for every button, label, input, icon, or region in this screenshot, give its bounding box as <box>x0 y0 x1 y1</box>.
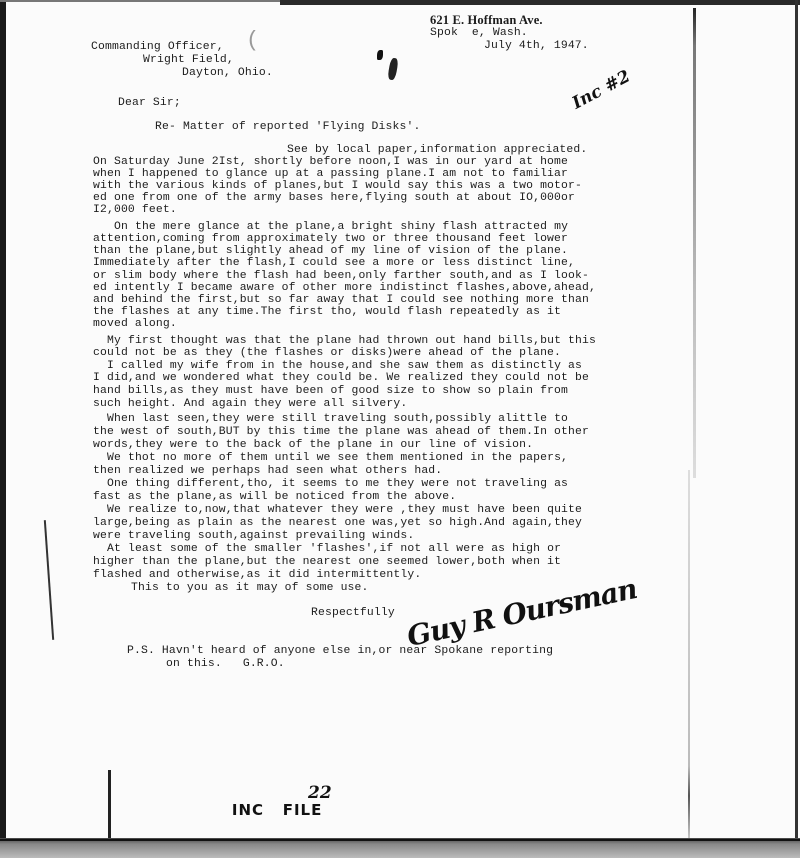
body-line: when I happened to glance up at a passin… <box>93 168 568 180</box>
body-line: such height. And again they were all sil… <box>93 398 407 410</box>
body-line: See by local paper,information appreciat… <box>287 144 587 156</box>
body-line: than the plane,but slightly ahead of my … <box>93 245 568 257</box>
body-line: My first thought was that the plane had … <box>107 335 596 347</box>
body-line: We thot no more of them until we see the… <box>107 452 568 464</box>
body-line: hand bills,as they must have been of goo… <box>93 385 568 397</box>
body-line: with the various kinds of planes,but I w… <box>93 180 582 192</box>
body-line: or slim body where the flash had been,on… <box>93 270 589 282</box>
scan-left-border <box>0 0 6 858</box>
body-line: I2,000 feet. <box>93 204 177 216</box>
body-line: and behind the first,but so far away tha… <box>93 294 589 306</box>
inc-file-stamp: INC FILE <box>207 783 322 837</box>
body-line: I called my wife from in the house,and s… <box>107 360 582 372</box>
body-line: large,being as plain as the nearest one … <box>93 517 582 529</box>
body-line: higher than the plane,but the nearest on… <box>93 556 561 568</box>
body-line: On Saturday June 2Ist, shortly before no… <box>93 156 568 168</box>
sender-city: Spok e, Wash. <box>430 27 528 39</box>
closing: Respectfully <box>311 607 395 619</box>
recipient-line-3: Dayton, Ohio. <box>182 67 273 79</box>
body-line: ed intently I became aware of other more… <box>93 282 596 294</box>
paper-fold-line-lower <box>688 470 690 840</box>
recipient-line-1: Commanding Officer, <box>91 41 224 53</box>
faint-paren-mark: ( <box>246 28 259 53</box>
body-line: At least some of the smaller 'flashes',i… <box>107 543 561 555</box>
body-line: This to you as it may of some use. <box>131 582 369 594</box>
stamp-label: INC FILE <box>232 801 322 819</box>
file-number-handwritten: 22 <box>308 783 332 803</box>
body-line: When last seen,they were still traveling… <box>107 413 568 425</box>
postscript-line-2: on this. G.R.O. <box>166 658 285 670</box>
recipient-line-2: Wright Field, <box>143 54 234 66</box>
sender-street: 621 E. Hoffman Ave. <box>430 14 543 26</box>
handwritten-signature: Guy R Oursman <box>404 572 639 653</box>
body-line: Immediately after the flash,I could see … <box>93 257 575 269</box>
paper-fold-line <box>693 8 696 478</box>
handwritten-inc-note: Inc #2 <box>569 66 634 113</box>
body-line: could not be as they (the flashes or dis… <box>93 347 561 359</box>
body-line: ed one from one of the army bases here,f… <box>93 192 575 204</box>
margin-curve-mark <box>44 520 54 640</box>
scan-right-border <box>795 0 798 858</box>
body-line: I did,and we wondered what they could be… <box>93 372 589 384</box>
postscript-line-1: P.S. Havn't heard of anyone else in,or n… <box>127 645 553 657</box>
subject-line: Re- Matter of reported 'Flying Disks'. <box>155 121 420 133</box>
salutation: Dear Sir; <box>118 97 181 109</box>
scan-bottom-rule <box>0 839 800 841</box>
scanned-letter-page: ( 621 E. Hoffman Ave. Spok e, Wash. July… <box>0 0 800 858</box>
body-line: were traveling south,against prevailing … <box>93 530 414 542</box>
body-line: We realize to,now,that whatever they wer… <box>107 504 582 516</box>
ink-blot-2 <box>387 57 399 80</box>
body-line: On the mere glance at the plane,a bright… <box>114 221 568 233</box>
body-line: moved along. <box>93 318 177 330</box>
body-line: fast as the plane,as will be noticed fro… <box>93 491 456 503</box>
body-line: flashed and otherwise,as it did intermit… <box>93 569 421 581</box>
body-line: attention,coming from approximately two … <box>93 233 568 245</box>
body-line: the west of south,BUT by this time the p… <box>93 426 589 438</box>
body-line: the flashes at any time.The first tho, w… <box>93 306 561 318</box>
letter-date: July 4th, 1947. <box>484 40 589 52</box>
margin-pen-mark <box>108 770 111 838</box>
body-line: words,they were to the back of the plane… <box>93 439 533 451</box>
scan-top-shadow <box>280 0 800 5</box>
body-line: then realized we perhaps had seen what o… <box>93 465 442 477</box>
scan-bottom-shadow <box>0 838 800 858</box>
ink-blot <box>377 50 383 60</box>
body-line: One thing different,tho, it seems to me … <box>107 478 568 490</box>
